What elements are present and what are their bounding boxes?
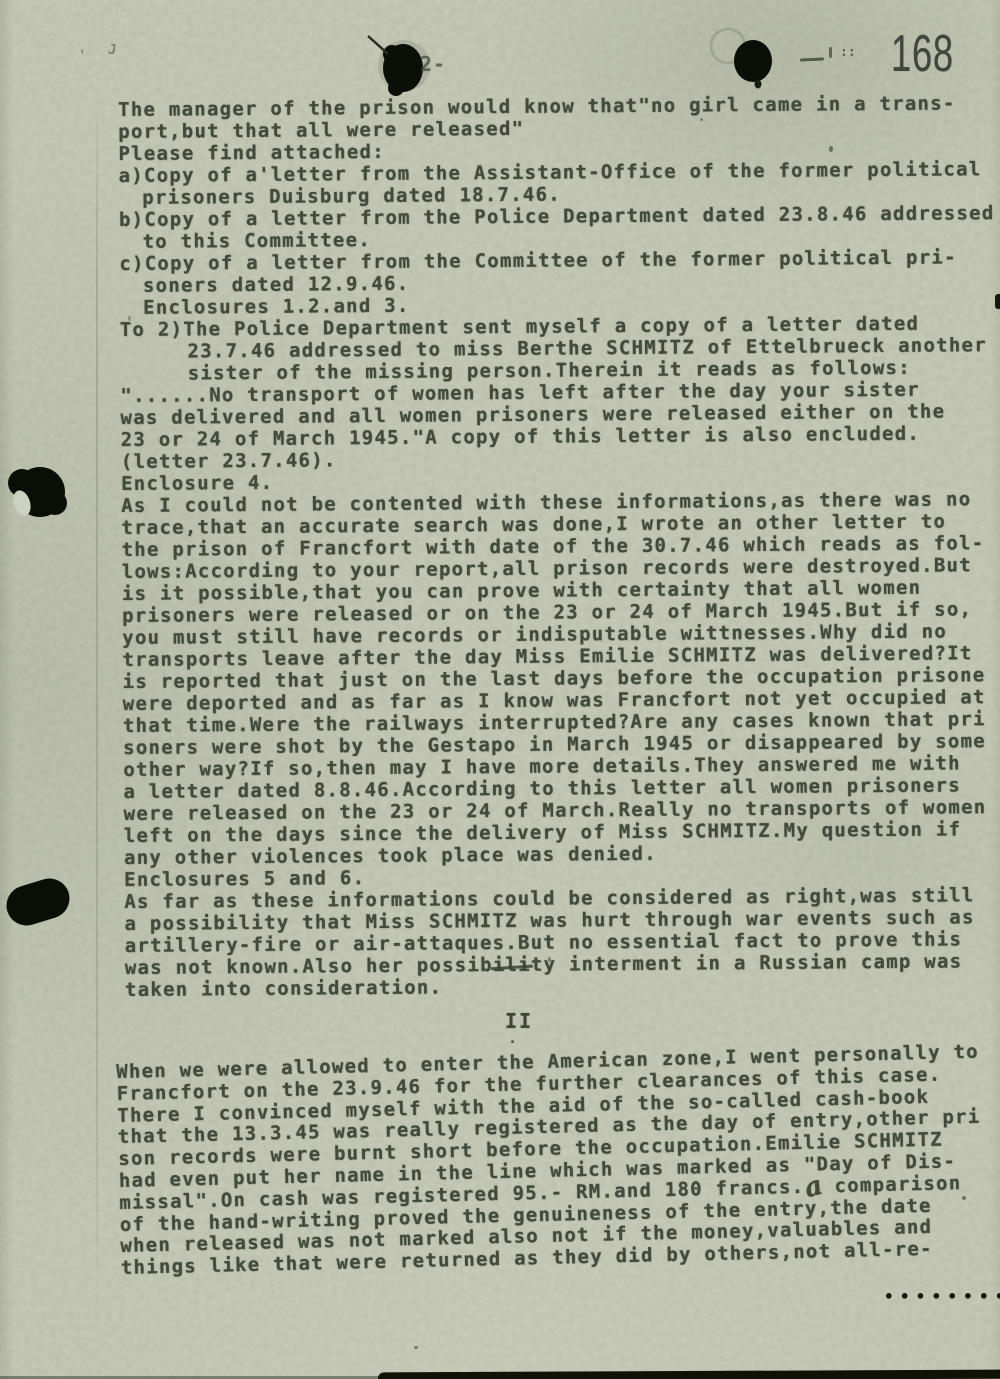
page-number-stamp: 168 [891,24,954,84]
ink-blot-punch-hole-top [700,18,800,98]
ink-speck [829,146,833,152]
ink-speck [962,1196,966,1200]
ink-speck [700,118,703,121]
continuation-dots: •••••••••• [884,1287,1000,1306]
page-marker: 2- [420,52,446,76]
heading-mark: · [508,1033,517,1051]
stray-pen-mark [829,47,832,58]
ink-blot-left-lower [0,868,90,948]
ink-speck [414,1346,418,1349]
ink-blot-left-upper [0,455,90,535]
scanned-document-page: ' J 2- :: 168 The manager of the prison … [0,0,1000,1379]
stray-pen-mark: ' [78,48,86,64]
ink-speck [128,316,131,321]
stray-pen-mark [800,57,824,61]
ink-speck [548,957,551,962]
typed-text-section-1: The manager of the prison would know tha… [118,92,1000,1001]
stray-pen-mark: :: [840,45,856,60]
stray-pen-mark: J [107,41,118,58]
typed-text-section-2: When we were allowed to enter the Americ… [116,1041,1000,1280]
section-heading: II [505,1009,533,1033]
paper-crease [96,90,98,1320]
scan-bottom-shadow [378,1370,1000,1379]
